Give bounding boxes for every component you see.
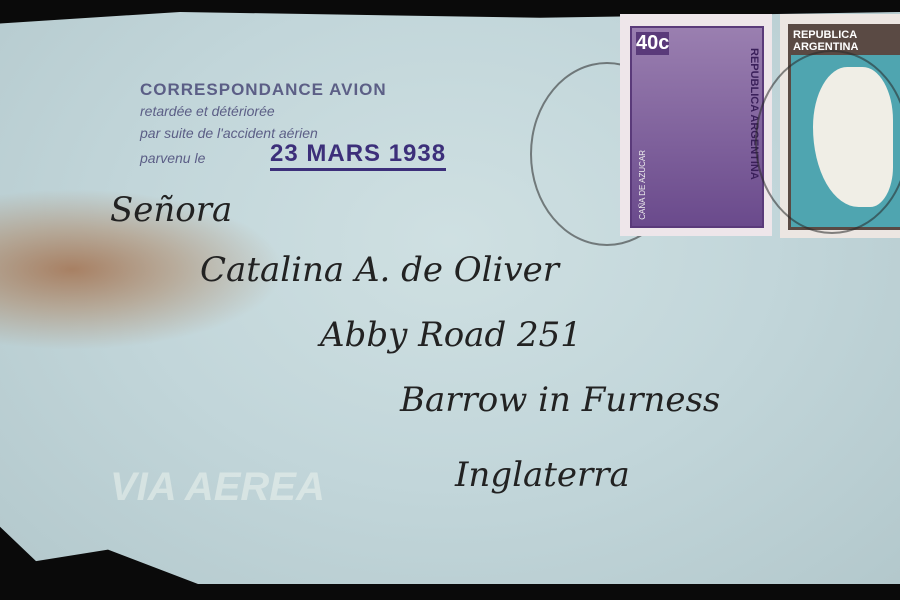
street-address: Abby Road 251 xyxy=(320,315,582,355)
stamp-value: 40c xyxy=(636,32,669,55)
cachet-line-1: CORRESPONDANCE AVION xyxy=(140,80,387,100)
cachet-line-3: par suite de l'accident aérien xyxy=(140,125,318,141)
cachet-line-4: parvenu le xyxy=(140,150,205,166)
cachet-line-2: retardée et détériorée xyxy=(140,103,275,119)
city: Barrow in Furness xyxy=(400,380,720,420)
salutation: Señora xyxy=(110,190,232,230)
stamp-caption: CAÑA DE AZUCAR xyxy=(638,150,647,220)
cachet-date: 23 MARS 1938 xyxy=(270,140,446,171)
stamp-40c: 40c REPUBLICA ARGENTINA CAÑA DE AZUCAR xyxy=(620,14,772,236)
country: Inglaterra xyxy=(455,455,630,495)
stamp-image: 40c REPUBLICA ARGENTINA CAÑA DE AZUCAR xyxy=(630,26,764,228)
via-aerea-label: VIA AEREA xyxy=(110,465,325,510)
postmark-2 xyxy=(755,50,900,234)
recipient-name: Catalina A. de Oliver xyxy=(200,250,559,290)
